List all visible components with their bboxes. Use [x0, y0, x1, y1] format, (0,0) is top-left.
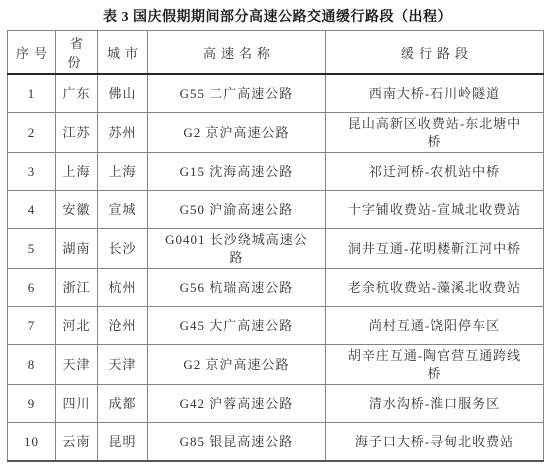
table-row: 8天津天津G2 京沪高速公路胡辛庄互通-陶官营互通跨线 桥	[8, 345, 544, 385]
table-cell: 云南	[56, 423, 98, 462]
table-row: 5湖南长沙G0401 长沙绕城高速公 路洞井互通-花明楼靳江河中桥	[8, 229, 544, 269]
table-cell: G2 京沪高速公路	[148, 345, 326, 385]
table-cell: 祁迁河桥-农机站中桥	[326, 153, 544, 191]
table-cell: 洞井互通-花明楼靳江河中桥	[326, 229, 544, 269]
table-cell: 7	[8, 307, 56, 345]
table-cell: 上海	[56, 153, 98, 191]
table-cell: 6	[8, 269, 56, 307]
header-cell: 缓行路段	[326, 31, 544, 75]
table-cell: 5	[8, 229, 56, 269]
table-row: 9四川成都G42 沪蓉高速公路清水沟桥-淮口服务区	[8, 385, 544, 423]
table-header: 序号省份城市高速名称缓行路段	[8, 31, 544, 75]
table-cell: 尚村互通-饶阳停车区	[326, 307, 544, 345]
table-cell: 苏州	[98, 113, 148, 153]
table-cell: 广东	[56, 74, 98, 113]
header-cell: 省份	[56, 31, 98, 75]
table-cell: 上海	[98, 153, 148, 191]
table-cell: G56 杭瑞高速公路	[148, 269, 326, 307]
header-row: 序号省份城市高速名称缓行路段	[8, 31, 544, 75]
table-cell: 湖南	[56, 229, 98, 269]
table-cell: 天津	[56, 345, 98, 385]
table-cell: 天津	[98, 345, 148, 385]
header-cell: 城市	[98, 31, 148, 75]
table-title: 表 3 国庆假期期间部分高速公路交通缓行路段（出程）	[0, 0, 555, 30]
table-cell: G15 沈海高速公路	[148, 153, 326, 191]
table-cell: G2 京沪高速公路	[148, 113, 326, 153]
table-cell: 9	[8, 385, 56, 423]
table-cell: 1	[8, 74, 56, 113]
table-cell: 西南大桥-石川岭隧道	[326, 74, 544, 113]
table-cell: 佛山	[98, 74, 148, 113]
header-cell: 高速名称	[148, 31, 326, 75]
table-row: 1广东佛山G55 二广高速公路西南大桥-石川岭隧道	[8, 74, 544, 113]
table-cell: 4	[8, 191, 56, 229]
table-cell: 宣城	[98, 191, 148, 229]
table-row: 6浙江杭州G56 杭瑞高速公路老余杭收费站-藻溪北收费站	[8, 269, 544, 307]
table-cell: G0401 长沙绕城高速公 路	[148, 229, 326, 269]
table-cell: 胡辛庄互通-陶官营互通跨线 桥	[326, 345, 544, 385]
table-cell: 8	[8, 345, 56, 385]
table-cell: 昆明	[98, 423, 148, 462]
table-row: 4安徽宣城G50 沪渝高速公路十字铺收费站-宣城北收费站	[8, 191, 544, 229]
table-row: 2江苏苏州G2 京沪高速公路昆山高新区收费站-东北塘中 桥	[8, 113, 544, 153]
table-cell: 清水沟桥-淮口服务区	[326, 385, 544, 423]
table-cell: G45 大广高速公路	[148, 307, 326, 345]
table-cell: 10	[8, 423, 56, 462]
table-cell: 杭州	[98, 269, 148, 307]
table-row: 7河北沧州G45 大广高速公路尚村互通-饶阳停车区	[8, 307, 544, 345]
table-body: 1广东佛山G55 二广高速公路西南大桥-石川岭隧道2江苏苏州G2 京沪高速公路昆…	[8, 74, 544, 461]
table-cell: 老余杭收费站-藻溪北收费站	[326, 269, 544, 307]
table-cell: G55 二广高速公路	[148, 74, 326, 113]
table-cell: 2	[8, 113, 56, 153]
table-cell: 沧州	[98, 307, 148, 345]
table-cell: 十字铺收费站-宣城北收费站	[326, 191, 544, 229]
table-cell: 安徽	[56, 191, 98, 229]
table-cell: 长沙	[98, 229, 148, 269]
table-cell: G50 沪渝高速公路	[148, 191, 326, 229]
table-cell: 昆山高新区收费站-东北塘中 桥	[326, 113, 544, 153]
table-row: 10云南昆明G85 银昆高速公路海子口大桥-寻甸北收费站	[8, 423, 544, 462]
table-cell: 浙江	[56, 269, 98, 307]
table-cell: G85 银昆高速公路	[148, 423, 326, 462]
table-cell: 四川	[56, 385, 98, 423]
table-cell: 河北	[56, 307, 98, 345]
table-cell: G42 沪蓉高速公路	[148, 385, 326, 423]
table-cell: 成都	[98, 385, 148, 423]
header-cell: 序号	[8, 31, 56, 75]
traffic-slowdown-table: 序号省份城市高速名称缓行路段 1广东佛山G55 二广高速公路西南大桥-石川岭隧道…	[7, 30, 544, 462]
table-cell: 3	[8, 153, 56, 191]
table-cell: 江苏	[56, 113, 98, 153]
table-cell: 海子口大桥-寻甸北收费站	[326, 423, 544, 462]
table-row: 3上海上海G15 沈海高速公路祁迁河桥-农机站中桥	[8, 153, 544, 191]
